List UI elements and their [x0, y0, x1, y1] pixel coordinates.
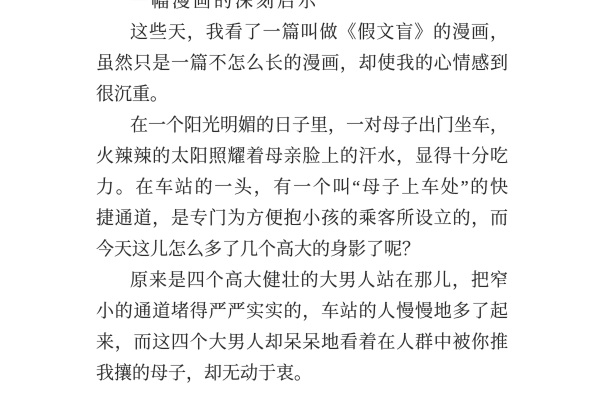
text-column: 一幅漫画的深刻启示这些天，我看了一篇叫做《假文盲》的漫画，虽然只是一篇不怎么长的…	[96, 0, 508, 389]
text-line: 小的通道堵得严严实实的，车站的人慢慢地多了起	[96, 296, 508, 327]
text-line: 力。在车站的一头，有一个叫“母子上车处”的快	[96, 172, 508, 203]
text-line: 火辣辣的太阳照耀着母亲脸上的汗水，显得十分吃	[96, 141, 508, 172]
document-page: 一幅漫画的深刻启示这些天，我看了一篇叫做《假文盲》的漫画，虽然只是一篇不怎么长的…	[0, 0, 600, 400]
text-line: 我攘的母子，却无动于衷。	[96, 358, 508, 389]
text-line: 在一个阳光明媚的日子里，一对母子出门坐车，	[96, 110, 508, 141]
text-line: 来，而这四个大男人却呆呆地看着在人群中被你推	[96, 327, 508, 358]
text-line: 今天这儿怎么多了几个高大的身影了呢？	[96, 234, 508, 265]
text-line: 捷通道，是专门为方便抱小孩的乘客所设立的，而	[96, 203, 508, 234]
text-line: 很沉重。	[96, 79, 508, 110]
text-line: 虽然只是一篇不怎么长的漫画，却使我的心情感到	[96, 48, 508, 79]
text-line: 这些天，我看了一篇叫做《假文盲》的漫画，	[96, 17, 508, 48]
text-line: 原来是四个高大健壮的大男人站在那儿，把窄	[96, 265, 508, 296]
document-title-line: 一幅漫画的深刻启示	[96, 0, 508, 17]
